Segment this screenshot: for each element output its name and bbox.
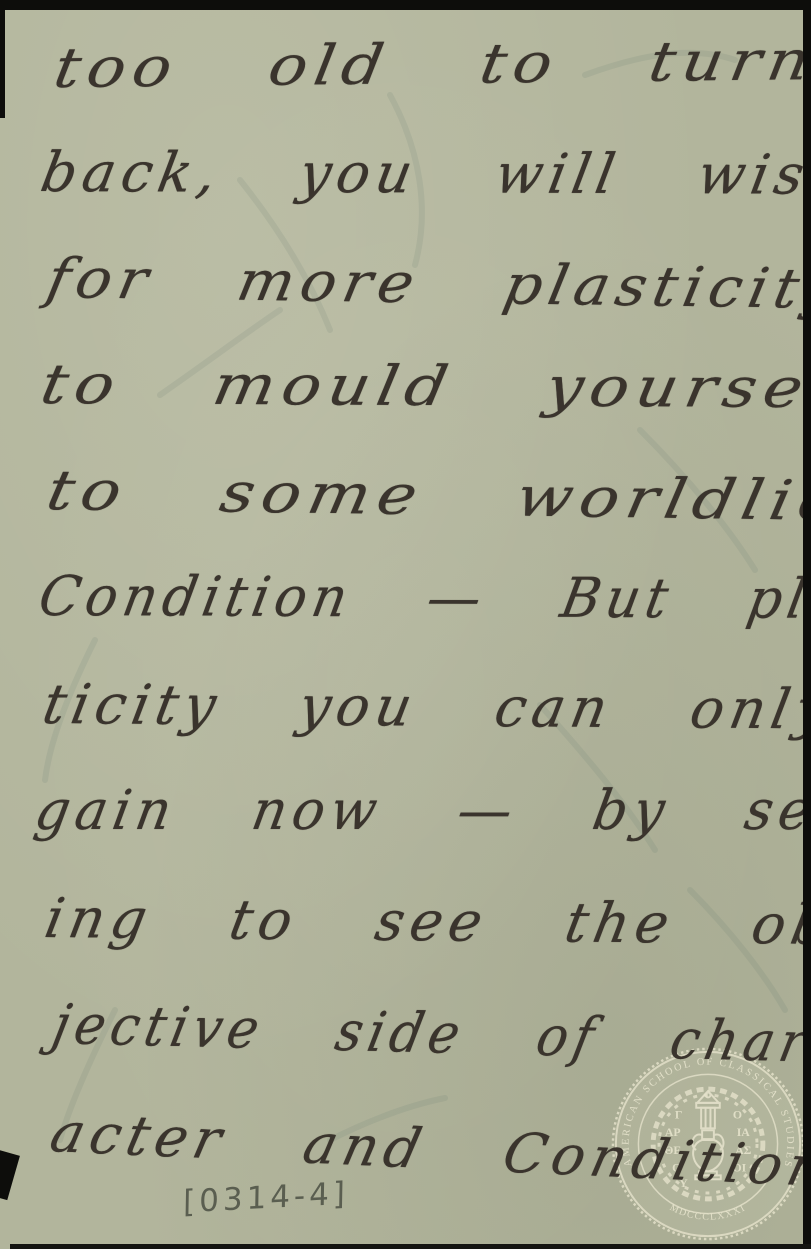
handwriting-line: to some worldlier: [42, 458, 811, 533]
handwriting-line: jective side of char-: [48, 992, 811, 1075]
handwriting-line: to mould yourself: [36, 352, 811, 420]
scan-edge-bottom: [10, 1244, 811, 1249]
scan-edge-left-corner: [0, 0, 5, 118]
svg-text:Γ: Γ: [675, 1109, 682, 1122]
handwriting-line: for more plasticity: [42, 246, 811, 321]
handwriting-line: back, you will wish: [36, 140, 811, 207]
handwriting-line: too old to turn: [50, 28, 811, 100]
letter-page: AMERICAN SCHOOL OF CLASSICAL STUDIES AT …: [0, 0, 811, 1249]
handwriting-line: ticity you can only: [38, 672, 811, 741]
archive-label: [0314-4]: [183, 1176, 349, 1221]
handwriting-line: Condition — But plas-: [34, 564, 811, 631]
svg-text:Ο: Ο: [733, 1109, 742, 1122]
handwriting-line: gain now — by seek-: [30, 778, 811, 842]
scan-edge-left-notch: [0, 1150, 20, 1200]
handwriting-line: ing to see the ob-: [40, 886, 811, 957]
scan-edge-top: [0, 0, 811, 10]
scan-edge-right: [803, 0, 811, 1249]
